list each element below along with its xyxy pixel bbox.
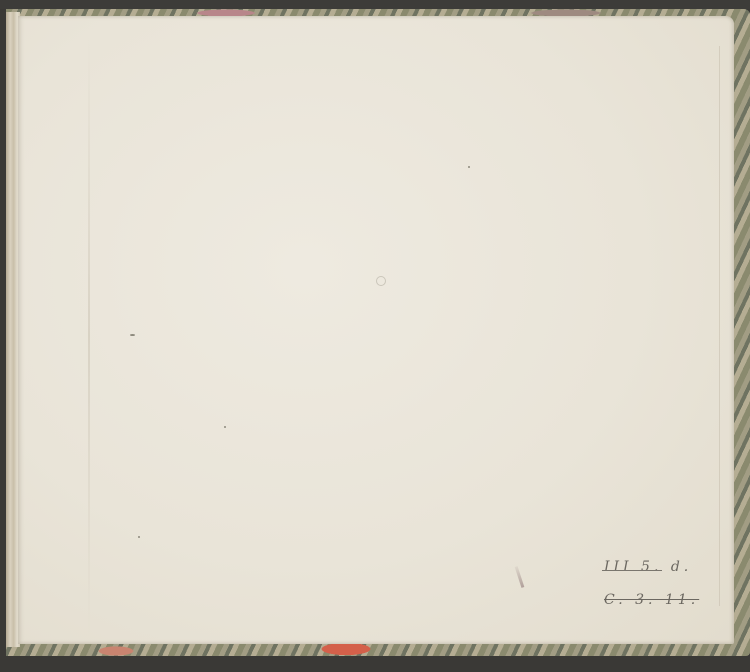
page-edge-line [719, 46, 720, 606]
gutter-fold-line [88, 36, 90, 636]
paper-speck [130, 334, 135, 336]
shelfmark-strike [602, 570, 662, 571]
paper-speck [468, 166, 470, 168]
shelfmark-current: III 5. d. [604, 559, 692, 575]
pencil-smudge [515, 566, 525, 588]
blank-endpaper [18, 16, 734, 644]
paper-speck [138, 536, 140, 538]
shelfmark-old-struck: C. 3. 11. [604, 592, 699, 608]
scan-top-strip [0, 0, 750, 9]
paper-speck [224, 426, 226, 428]
paper-speck [376, 276, 386, 286]
